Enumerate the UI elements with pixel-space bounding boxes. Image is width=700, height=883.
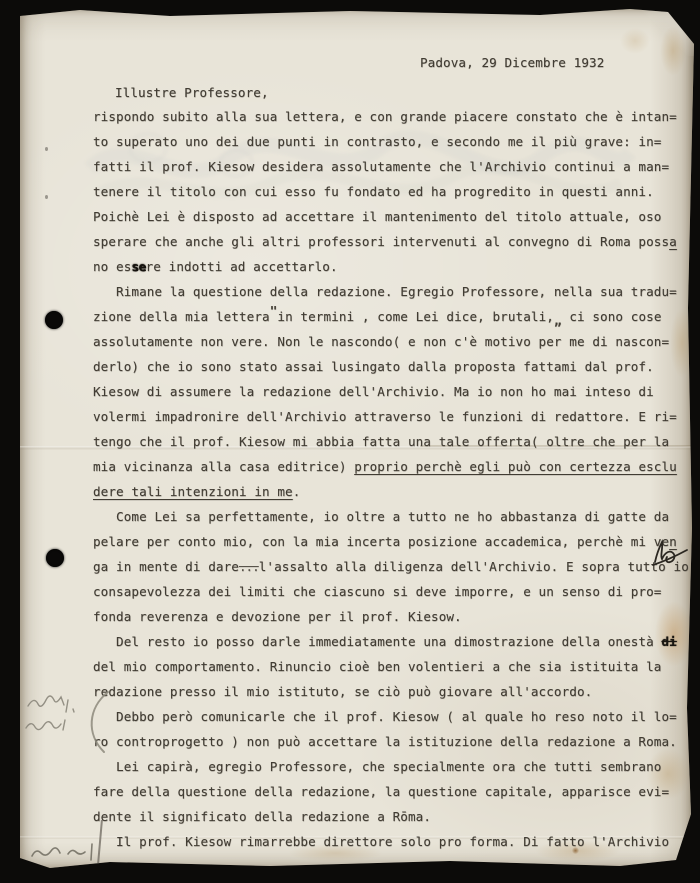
salutation: Illustre Professore,	[115, 80, 269, 105]
text-segment: redazione presso il mio istituto, se ciò…	[93, 684, 592, 699]
letter-line: Come Lei sa perfettamente, io oltre a tu…	[93, 504, 683, 529]
letter-line: Il prof. Kiesow rimarrebbe direttore sol…	[93, 829, 683, 854]
pencil-dot	[45, 195, 48, 199]
text-segment: se	[131, 259, 145, 274]
pencil-parenthesis	[78, 690, 114, 756]
text-segment: di	[661, 634, 676, 649]
handwritten-ho-annotation	[650, 538, 690, 570]
text-segment: .	[293, 484, 301, 499]
text-segment: to superato uno dei due punti in contras…	[93, 134, 661, 149]
letter-page: Padova, 29 Dicembre 1932 Illustre Profes…	[20, 8, 694, 872]
letter-line: Poichè Lei è disposto ad accettare il ma…	[93, 204, 683, 229]
text-segment: Come Lei sa perfettamente, io oltre a tu…	[93, 509, 669, 524]
text-segment: pelare per conto mio, con la mia incerta…	[93, 534, 669, 549]
text-segment: ci sono cose	[562, 309, 662, 324]
text-segment: dere tali intenzioni in me	[93, 484, 293, 499]
letter-body: rispondo subito alla sua lettera, e con …	[93, 104, 683, 854]
letter-line: to superato uno dei due punti in contras…	[93, 129, 683, 154]
text-segment: tengo che il prof. Kiesow mi abbia fatta…	[93, 434, 669, 449]
text-segment: ga in mente di dare	[93, 559, 239, 574]
text-segment: derlo) che io sono stato assai lusingato…	[93, 359, 654, 374]
letter-line: Lei capirà, egregio Professore, che spec…	[93, 754, 683, 779]
text-segment: no es	[93, 259, 131, 274]
letter-line: tenere il titolo con cui esso fu fondato…	[93, 179, 683, 204]
letter-line: ro controprogetto ) non può accettare la…	[93, 729, 683, 754]
letter-line: dere tali intenzioni in me.	[93, 479, 683, 504]
letter-line: volermi impadronire dell'Archivio attrav…	[93, 404, 683, 429]
letter-line: sperare che anche gli altri professori i…	[93, 229, 683, 254]
text-segment: assolutamente non vere. Non le nascondo(…	[93, 334, 669, 349]
text-segment: rispondo subito alla sua lettera, e con …	[93, 109, 677, 124]
text-segment: "	[270, 303, 278, 318]
text-segment: dente il significato della redazione a R…	[93, 809, 431, 824]
letter-line: redazione presso il mio istituto, se ciò…	[93, 679, 683, 704]
text-segment: fonda reverenza e devozione per il prof.…	[93, 609, 462, 624]
text-segment: in termini , come Lei dice, brutali,	[277, 309, 554, 324]
pencil-note-bottom-left	[24, 836, 134, 872]
letter-line: Rimane la questione della redazione. Egr…	[93, 279, 683, 304]
text-segment: zione della mia lettera	[93, 309, 270, 324]
letter-line: pelare per conto mio, con la mia incerta…	[93, 529, 683, 554]
letter-line: Kiesow di assumere la redazione dell'Arc…	[93, 379, 683, 404]
text-segment: a	[669, 234, 677, 249]
text-segment: Debbo però comunicarle che il prof. Kies…	[93, 709, 677, 724]
dateline: Padova, 29 Dicembre 1932	[420, 50, 604, 75]
scanned-letter-screenshot: { "page": { "background_color": "#0c0b09…	[0, 0, 700, 883]
pencil-dot	[45, 147, 48, 151]
letter-line: fare della questione della redazione, la…	[93, 779, 683, 804]
text-segment: Kiesow di assumere la redazione dell'Arc…	[93, 384, 654, 399]
letter-line: Debbo però comunicarle che il prof. Kies…	[93, 704, 683, 729]
text-segment: fatti il prof. Kiesow desidera assolutam…	[93, 159, 669, 174]
letter-line: dente il significato della redazione a R…	[93, 804, 683, 829]
text-segment: re indotti ad accettarlo.	[146, 259, 338, 274]
text-segment: Poichè Lei è disposto ad accettare il ma…	[93, 209, 661, 224]
text-segment: del mio comportamento. Rinuncio cioè ben…	[93, 659, 661, 674]
text-segment: Il prof. Kiesow rimarrebbe direttore sol…	[93, 834, 669, 849]
text-segment: Lei capirà, egregio Professore, che spec…	[93, 759, 661, 774]
text-segment: fare della questione della redazione, la…	[93, 784, 669, 799]
letter-line: Del resto io posso darle immediatamente …	[93, 629, 683, 654]
top-right-fold	[618, 8, 694, 56]
letter-line: fatti il prof. Kiesow desidera assolutam…	[93, 154, 683, 179]
letter-line: ga in mente di dare...l'assalto alla dil…	[93, 554, 683, 579]
text-segment: „	[554, 313, 562, 328]
letter-line: zione della mia lettera"in termini , com…	[93, 304, 683, 329]
punch-hole-top	[45, 311, 63, 329]
letter-line: consapevolezza dei limiti che ciascuno s…	[93, 579, 683, 604]
text-segment: ro controprogetto ) non può accettare la…	[93, 734, 677, 749]
text-segment: Rimane la questione della redazione. Egr…	[93, 284, 677, 299]
letter-line: derlo) che io sono stato assai lusingato…	[93, 354, 683, 379]
text-segment: mia vicinanza alla casa editrice)	[93, 459, 354, 474]
text-segment: l'assalto alla diligenza dell'Archivio. …	[259, 559, 689, 574]
letter-line: del mio comportamento. Rinuncio cioè ben…	[93, 654, 683, 679]
text-segment: proprio perchè egli può con certezza esc…	[354, 459, 677, 474]
letter-line: rispondo subito alla sua lettera, e con …	[93, 104, 683, 129]
letter-line: assolutamente non vere. Non le nascondo(…	[93, 329, 683, 354]
letter-line: fonda reverenza e devozione per il prof.…	[93, 604, 683, 629]
text-segment: ...	[239, 559, 259, 574]
text-segment: volermi impadronire dell'Archivio attrav…	[93, 409, 677, 424]
letter-line: mia vicinanza alla casa editrice) propri…	[93, 454, 683, 479]
letter-line: tengo che il prof. Kiesow mi abbia fatta…	[93, 429, 683, 454]
text-segment: sperare che anche gli altri professori i…	[93, 234, 669, 249]
letter-line: no essere indotti ad accettarlo.	[93, 254, 683, 279]
text-segment: Del resto io posso darle immediatamente …	[93, 634, 661, 649]
punch-hole-bottom	[46, 549, 64, 567]
text-segment: tenere il titolo con cui esso fu fondato…	[93, 184, 654, 199]
text-segment: consapevolezza dei limiti che ciascuno s…	[93, 584, 661, 599]
